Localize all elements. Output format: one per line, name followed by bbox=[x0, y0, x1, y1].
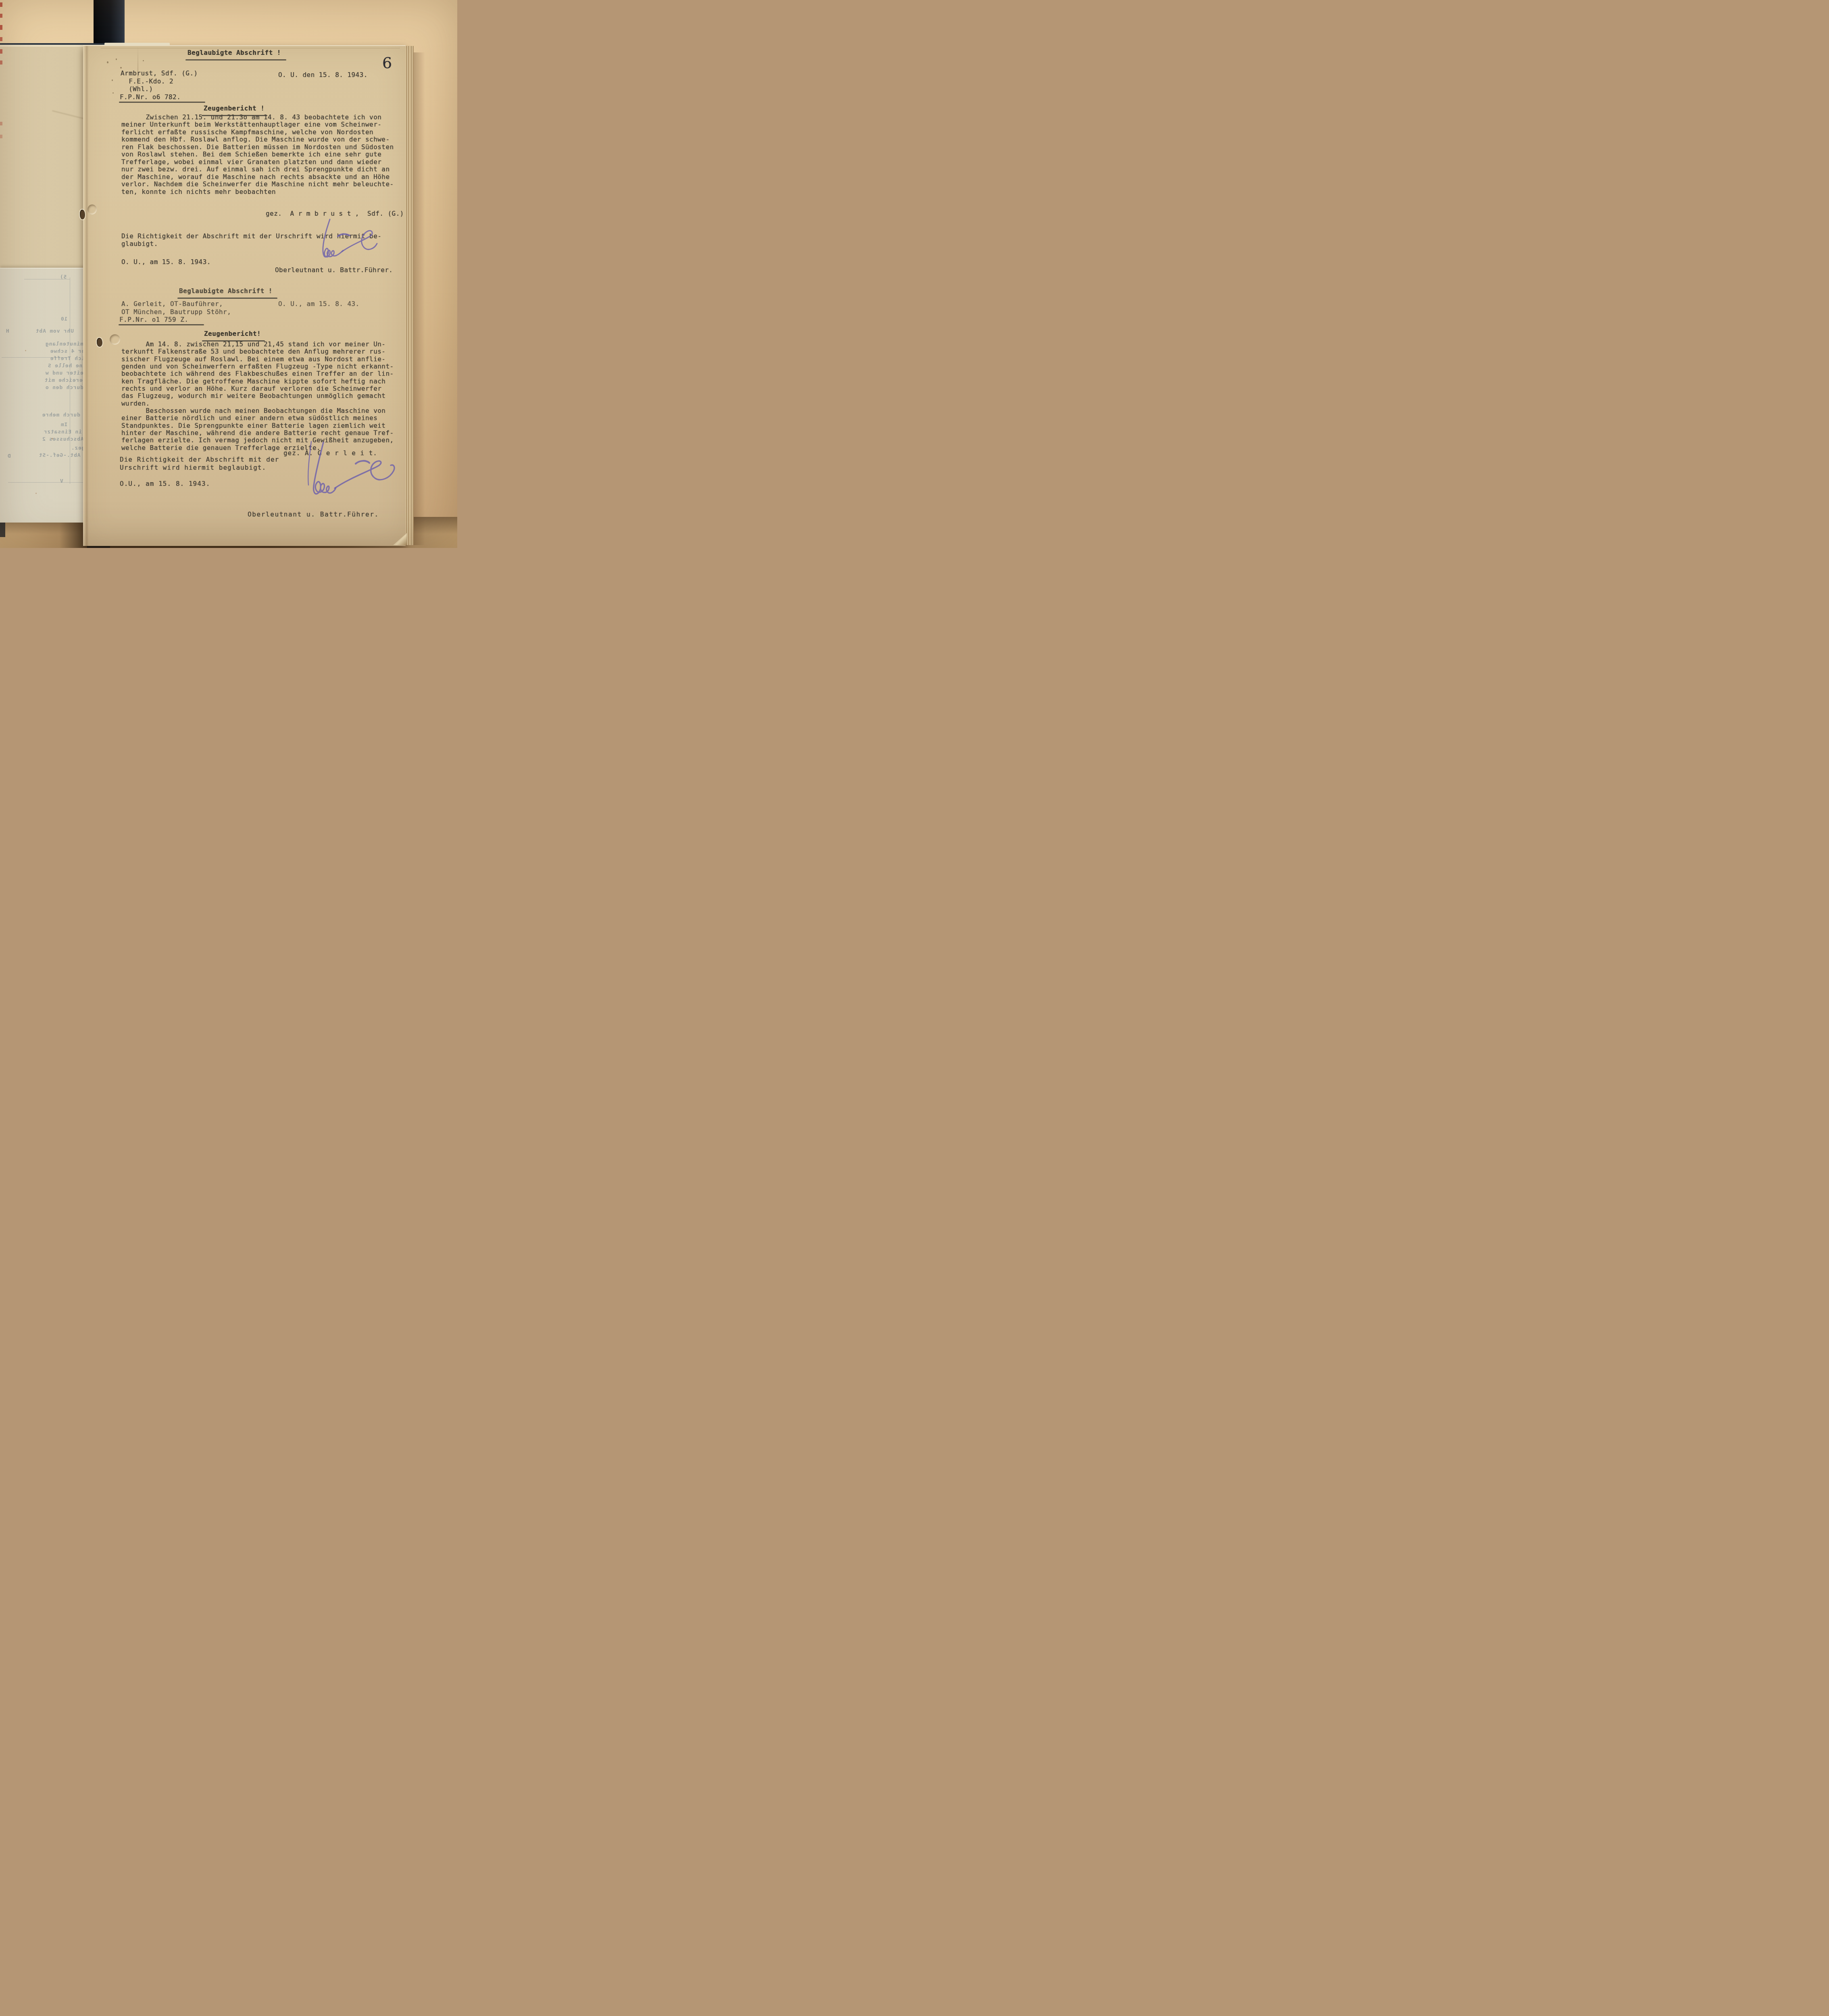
signature-ink-1 bbox=[282, 218, 383, 268]
bleed-through-fragment: Uhr vom Abt bbox=[35, 328, 74, 334]
bleed-through-fragment: in Einsatzr bbox=[44, 429, 82, 435]
red-edge-mark bbox=[0, 14, 2, 18]
page-top-edge-highlight bbox=[104, 43, 170, 46]
bleed-through-fragment: D bbox=[7, 453, 11, 459]
bleed-through-fragment: Abschusses 2 bbox=[42, 436, 84, 442]
report-body-2: Am 14. 8. zwischen 21,15 und 21,45 stand… bbox=[121, 341, 394, 407]
bleed-through-fragment: 10 bbox=[60, 316, 67, 322]
punch-hole-indent bbox=[87, 204, 97, 215]
scanned-document-page: 5)10HUhr vom Abtminutenlangder 4 schweli… bbox=[0, 0, 457, 548]
page-top-edge-line bbox=[101, 48, 400, 48]
red-edge-mark bbox=[0, 49, 2, 54]
sender-block-1: Armbrust, Sdf. (G.) F.E.-Kdo. 2 (Whl.) bbox=[121, 69, 198, 93]
bleed-frame-line bbox=[24, 279, 70, 279]
punch-hole-torn bbox=[97, 338, 102, 347]
fieldpost-number-1: F.P.Nr. o6 782. bbox=[120, 93, 181, 101]
bleed-through-fragment: bereiche mit bbox=[44, 377, 86, 383]
red-edge-mark bbox=[0, 60, 2, 65]
report-body-1: Zwischen 21.15. und 21.3o am 14. 8. 43 b… bbox=[121, 114, 394, 196]
page-number: 6 bbox=[382, 54, 392, 72]
bleed-through-fragment: weiter und w bbox=[45, 370, 87, 376]
bleed-through-fragment: V bbox=[60, 478, 63, 484]
red-edge-mark bbox=[0, 37, 2, 41]
book-spine-top bbox=[94, 0, 125, 46]
dateline-1: O. U. den 15. 8. 1943. bbox=[278, 71, 368, 79]
paper-speck bbox=[112, 79, 113, 81]
punch-hole-torn bbox=[80, 210, 85, 219]
paper-speck bbox=[116, 58, 117, 60]
bleed-through-fragment: H bbox=[6, 328, 9, 334]
witness-report-heading-2: Zeugenbericht! bbox=[204, 330, 261, 337]
foxing-speck bbox=[25, 350, 26, 351]
bleed-frame-line bbox=[2, 357, 70, 358]
fieldpost-number-2: F.P.Nr. o1 759 Z. bbox=[119, 316, 188, 323]
bleed-through-fragment: Abt.-Gef.-St bbox=[39, 452, 81, 458]
signer-title-2: Oberleutnant u. Battr.Führer. bbox=[248, 510, 379, 518]
red-edge-mark bbox=[0, 2, 2, 7]
bleed-through-fragment: der 4 schwe bbox=[50, 348, 88, 354]
paper-speck bbox=[107, 61, 108, 63]
red-edge-mark bbox=[0, 122, 2, 125]
certification-date-1: O. U., am 15. 8. 1943. bbox=[121, 258, 211, 266]
paper-speck bbox=[120, 67, 122, 69]
certified-copy-heading-2: Beglaubigte Abschrift ! bbox=[179, 287, 273, 295]
sender-block-2: A. Gerleit, OT-Bauführer,OT München, Bau… bbox=[121, 300, 231, 316]
witness-report-heading-1: Zeugenbericht ! bbox=[204, 104, 265, 112]
signed-by-line-1: gez. A r m b r u s t , Sdf. (G.) bbox=[266, 210, 404, 217]
bleed-through-fragment: durch mehre bbox=[42, 412, 80, 418]
signer-title-1: Oberleutnant u. Battr.Führer. bbox=[275, 266, 393, 274]
bleed-through-fragment: minutenlang bbox=[45, 341, 83, 347]
paper-speck bbox=[143, 60, 144, 61]
punch-hole-indent bbox=[110, 334, 120, 345]
bleed-through-fragment: durch den o bbox=[45, 385, 83, 391]
red-edge-mark bbox=[0, 25, 2, 30]
red-edge-mark bbox=[0, 135, 2, 138]
bleed-frame-line bbox=[70, 277, 70, 484]
typed-underline bbox=[119, 102, 205, 103]
paper-speck bbox=[112, 92, 114, 94]
page-edge-shadow bbox=[414, 52, 425, 545]
certified-copy-heading-1: Beglaubigte Abschrift ! bbox=[187, 49, 281, 56]
bleed-through-fragment: lich Treffe bbox=[50, 356, 88, 362]
bleed-frame-line bbox=[8, 482, 85, 483]
foxing-speck bbox=[35, 493, 37, 494]
certification-date-2: O.U., am 15. 8. 1943. bbox=[120, 480, 210, 487]
certification-text-2: Die Richtigkeit der Abschrift mit derUrs… bbox=[120, 456, 279, 472]
dateline-2: O. U., am 15. 8. 43. bbox=[278, 300, 360, 308]
typed-underline bbox=[119, 324, 204, 325]
foxing-speck bbox=[52, 438, 53, 439]
signature-ink-2 bbox=[299, 441, 404, 503]
bleed-through-fragment: Im bbox=[60, 422, 67, 428]
typed-underline bbox=[185, 59, 286, 60]
typed-underline bbox=[177, 298, 277, 299]
page-stack-edges bbox=[406, 46, 414, 545]
